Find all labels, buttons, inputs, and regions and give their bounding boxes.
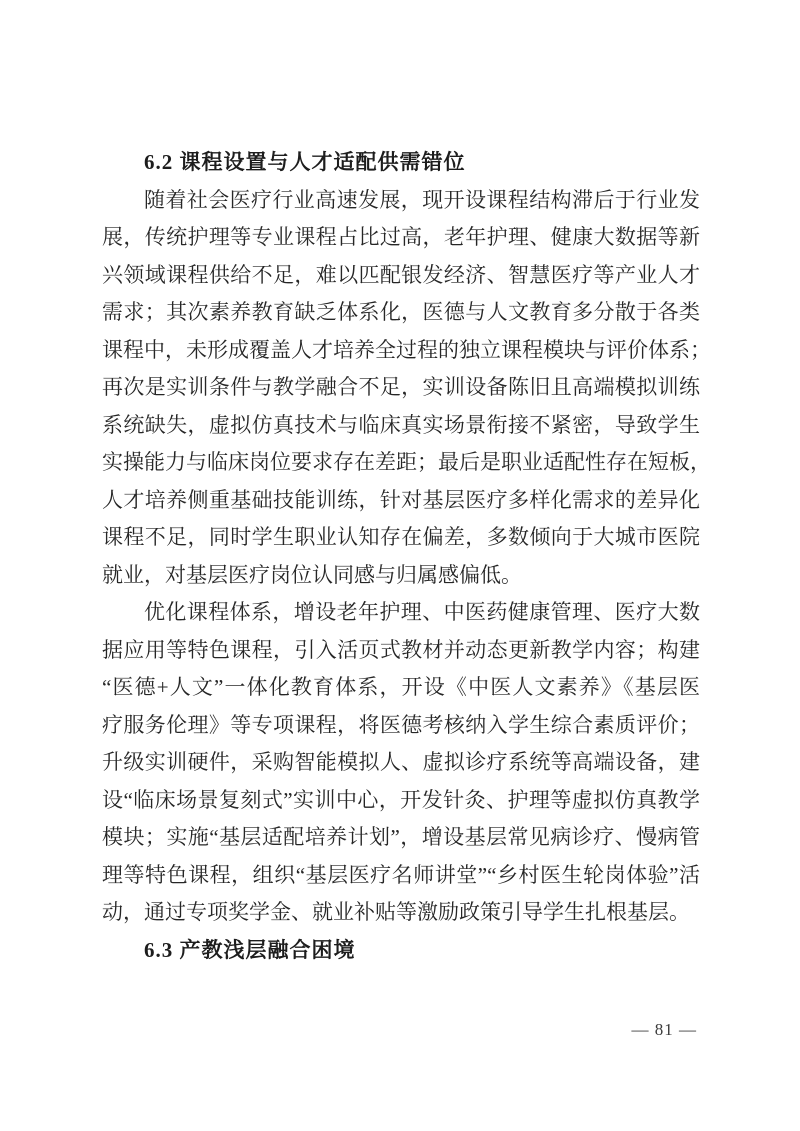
text-line: 设“临床场景复刻式”实训中心，开发针灸、护理等虚拟仿真教学 (102, 782, 700, 820)
section-6-3: 6.3 产教浅层融合困境 (102, 932, 700, 970)
text-line: 理等特色课程，组织“基层医疗名师讲堂”“乡村医生轮岗体验”活 (102, 857, 700, 895)
text-line: 兴领域课程供给不足，难以匹配银发经济、智慧医疗等产业人才 (102, 257, 700, 295)
section-heading-6-3: 6.3 产教浅层融合困境 (102, 932, 700, 970)
text-line: 再次是实训条件与教学融合不足，实训设备陈旧且高端模拟训练 (102, 369, 700, 407)
text-line: 随着社会医疗行业高速发展，现开设课程结构滞后于行业发 (102, 182, 700, 220)
text-line: 升级实训硬件，采购智能模拟人、虚拟诊疗系统等高端设备，建 (102, 744, 700, 782)
document-page: 6.2 课程设置与人才适配供需错位 随着社会医疗行业高速发展，现开设课程结构滞后… (0, 0, 800, 1131)
section-heading-6-2: 6.2 课程设置与人才适配供需错位 (102, 144, 700, 182)
text-line: 据应用等特色课程，引入活页式教材并动态更新教学内容；构建 (102, 632, 700, 670)
text-line: 优化课程体系，增设老年护理、中医药健康管理、医疗大数 (102, 594, 700, 632)
text-line: 系统缺失，虚拟仿真技术与临床真实场景衔接不紧密，导致学生 (102, 407, 700, 445)
paragraph-1: 随着社会医疗行业高速发展，现开设课程结构滞后于行业发展，传统护理等专业课程占比过… (102, 182, 700, 595)
text-line: 展，传统护理等专业课程占比过高，老年护理、健康大数据等新 (102, 219, 700, 257)
page-number: — 81 — (632, 1019, 698, 1041)
paragraph-2: 优化课程体系，增设老年护理、中医药健康管理、医疗大数据应用等特色课程，引入活页式… (102, 594, 700, 932)
text-line: 课程中，未形成覆盖人才培养全过程的独立课程模块与评价体系； (102, 332, 700, 370)
text-line: 课程不足，同时学生职业认知存在偏差，多数倾向于大城市医院 (102, 519, 700, 557)
text-line: 模块；实施“基层适配培养计划”，增设基层常见病诊疗、慢病管 (102, 819, 700, 857)
text-line: 实操能力与临床岗位要求存在差距；最后是职业适配性存在短板， (102, 444, 700, 482)
section-6-2: 6.2 课程设置与人才适配供需错位 随着社会医疗行业高速发展，现开设课程结构滞后… (102, 144, 700, 932)
text-line: 疗服务伦理》等专项课程，将医德考核纳入学生综合素质评价； (102, 707, 700, 745)
text-line: 就业，对基层医疗岗位认同感与归属感偏低。 (102, 557, 700, 595)
text-line: “医德+人文”一体化教育体系，开设《中医人文素养》《基层医 (102, 669, 700, 707)
text-line: 需求；其次素养教育缺乏体系化，医德与人文教育多分散于各类 (102, 294, 700, 332)
text-line: 动，通过专项奖学金、就业补贴等激励政策引导学生扎根基层。 (102, 894, 700, 932)
text-line: 人才培养侧重基础技能训练，针对基层医疗多样化需求的差异化 (102, 482, 700, 520)
document-content: 6.2 课程设置与人才适配供需错位 随着社会医疗行业高速发展，现开设课程结构滞后… (102, 144, 700, 969)
